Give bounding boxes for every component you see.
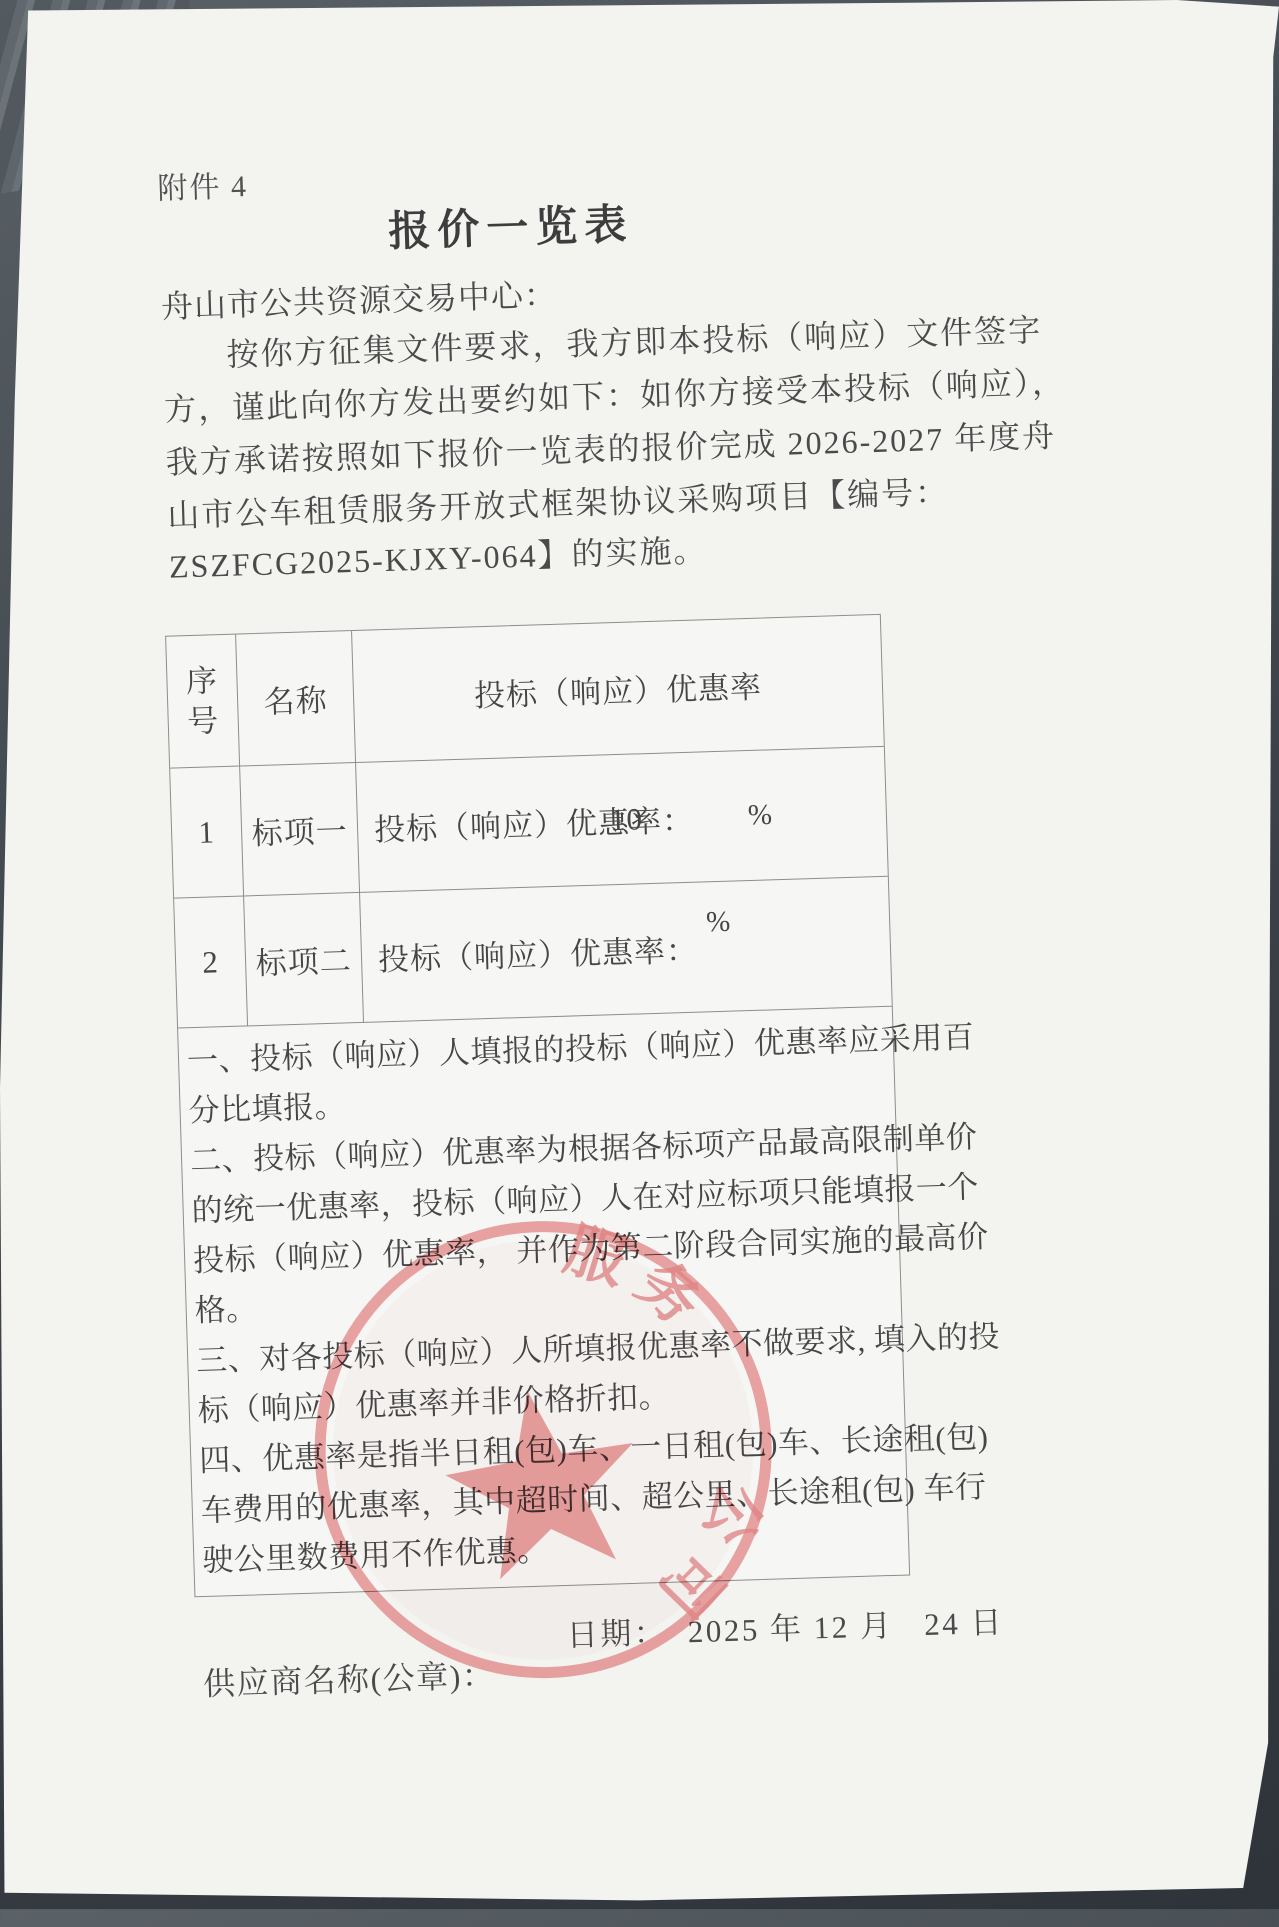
cell-seq: 1 <box>170 767 244 899</box>
header-seq-line1: 序 <box>185 661 218 702</box>
quotation-table: 序 号 名称 投标（响应）优惠率 1 标项一 投标（响应）优惠率： 10 % <box>165 614 910 1597</box>
cell-rate: 投标（响应）优惠率： % <box>360 877 892 1023</box>
percent-sign: % <box>706 906 732 940</box>
rate-label: 投标（响应）优惠率： <box>373 795 694 850</box>
paper-sheet: 附件 4 报价一览表 舟山市公共资源交易中心： 按你方征集文件要求，我方即本投标… <box>0 0 1279 1909</box>
supplier-label: 供应商名称(公章)： <box>202 1650 496 1705</box>
cell-seq: 2 <box>174 896 248 1028</box>
attachment-label: 附件 4 <box>157 161 249 208</box>
header-seq-line2: 号 <box>187 701 220 742</box>
recipient-line: 舟山市公共资源交易中心： <box>160 270 557 328</box>
cell-rate: 投标（响应）优惠率： 10 % <box>356 747 888 893</box>
date-line: 日期： 2025 年 12 月 24 日 <box>566 1597 1004 1655</box>
rate-label: 投标（响应）优惠率： <box>377 925 698 980</box>
photo-backdrop: 附件 4 报价一览表 舟山市公共资源交易中心： 按你方征集文件要求，我方即本投标… <box>0 0 1279 1909</box>
rate-value: 10 <box>609 801 643 838</box>
notes-cell: 一、投标（响应）人填报的投标（响应）优惠率应采用百 分比填报。 二、投标（响应）… <box>178 1004 1013 1597</box>
page-title: 报价一览表 <box>148 184 873 266</box>
table-header-row: 序 号 名称 投标（响应）优惠率 <box>166 615 884 769</box>
document-content: 附件 4 报价一览表 舟山市公共资源交易中心： 按你方征集文件要求，我方即本投标… <box>0 0 1279 1909</box>
table-notes-row: 一、投标（响应）人填报的投标（响应）优惠率应采用百 分比填报。 二、投标（响应）… <box>178 1007 909 1597</box>
percent-sign: % <box>747 798 773 832</box>
table-row: 1 标项一 投标（响应）优惠率： 10 % <box>170 747 888 899</box>
header-cell-rate: 投标（响应）优惠率 <box>352 615 884 763</box>
cell-name: 标项二 <box>244 893 364 1026</box>
header-cell-name: 名称 <box>236 631 356 766</box>
table-row: 2 标项二 投标（响应）优惠率： % <box>174 877 892 1029</box>
header-cell-seq: 序 号 <box>166 635 240 769</box>
cell-name: 标项一 <box>240 763 360 896</box>
